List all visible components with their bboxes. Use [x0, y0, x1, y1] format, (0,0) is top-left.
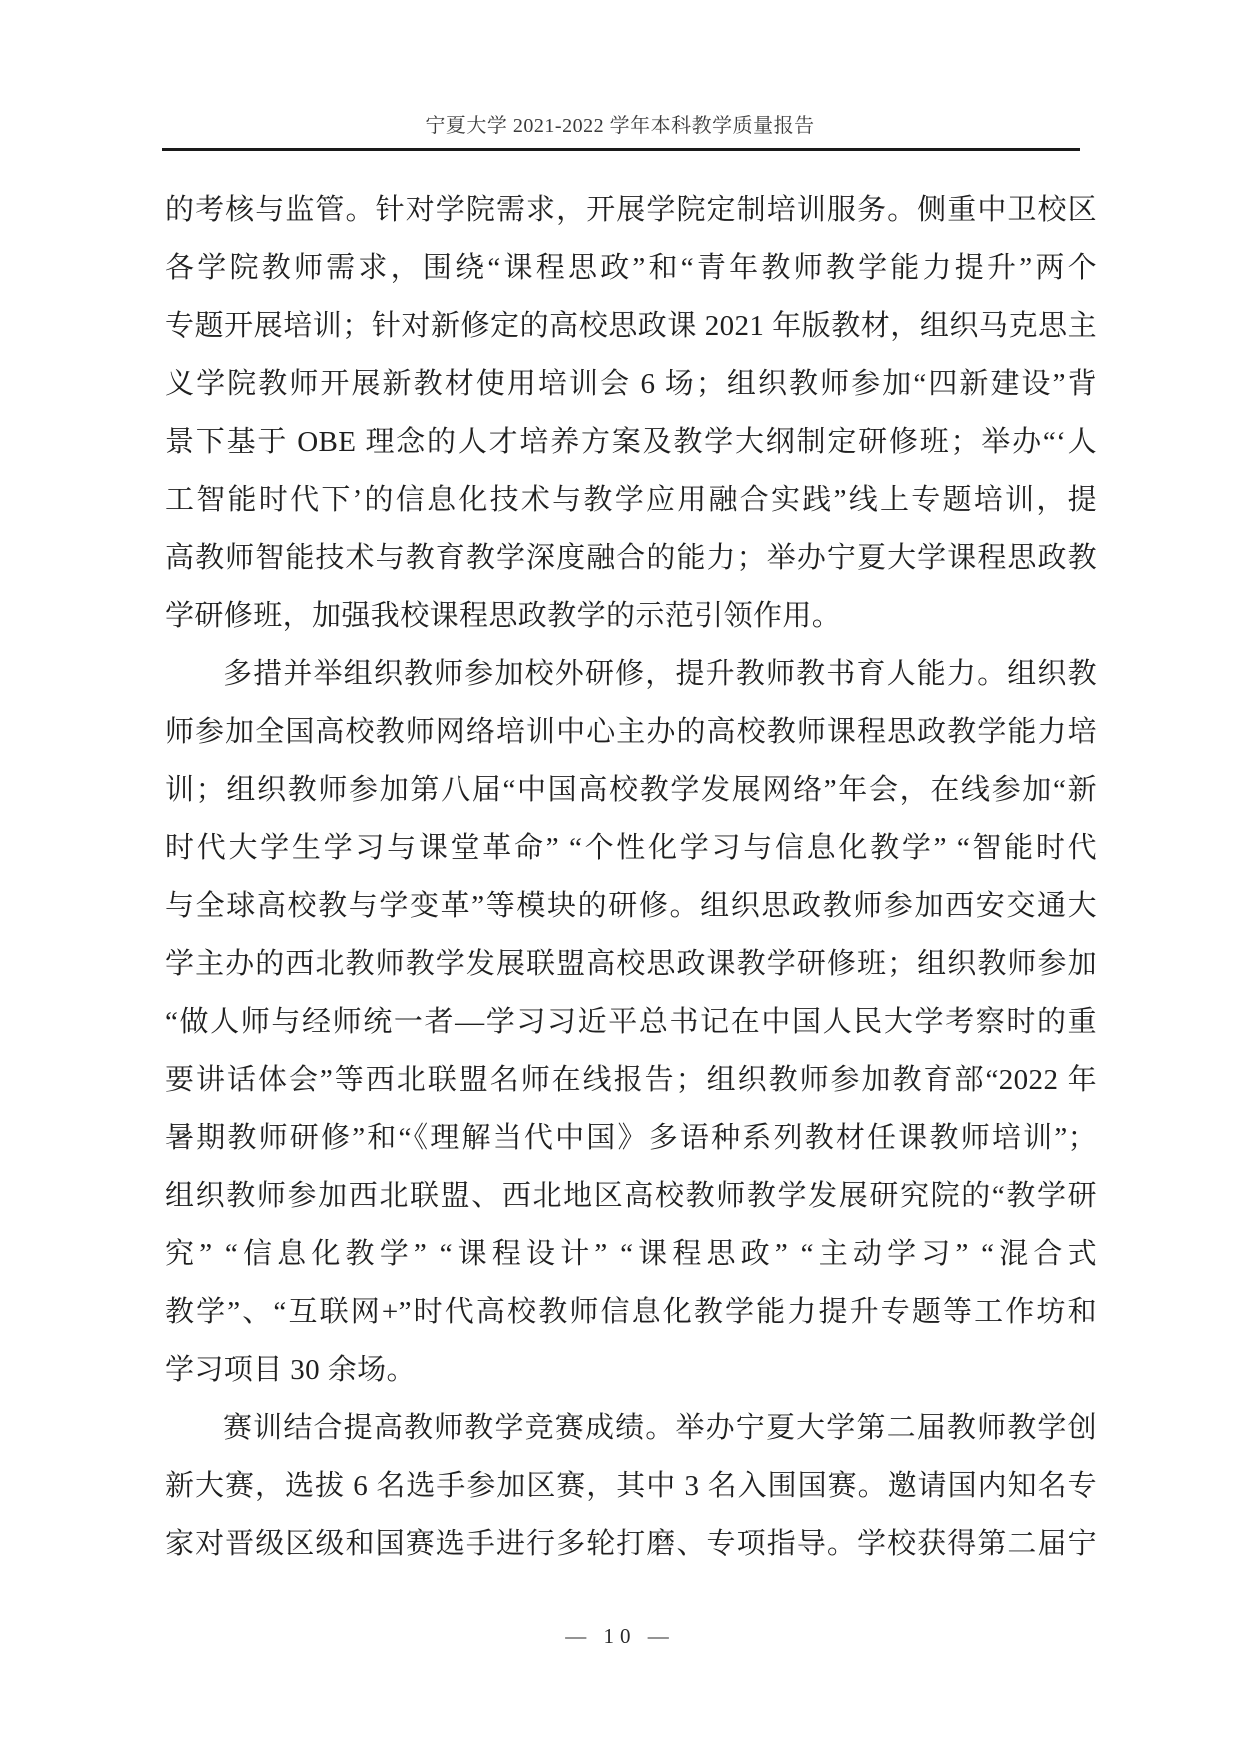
text-line: 的考核与监管。针对学院需求，开展学院定制培训服务。侧重中卫校区 — [165, 181, 1097, 239]
paragraph: 赛训结合提高教师教学竞赛成绩。举办宁夏大学第二届教师教学创新大赛，选拔 6 名选… — [165, 1399, 1097, 1573]
text-line: 学研修班，加强我校课程思政教学的示范引领作用。 — [165, 587, 1097, 645]
paragraph: 的考核与监管。针对学院需求，开展学院定制培训服务。侧重中卫校区各学院教师需求，围… — [165, 181, 1097, 645]
text-line: 师参加全国高校教师网络培训中心主办的高校教师课程思政教学能力培 — [165, 703, 1097, 761]
text-line: 新大赛，选拔 6 名选手参加区赛，其中 3 名入围国赛。邀请国内知名专 — [165, 1457, 1097, 1515]
text-line: 时代大学生学习与课堂革命” “个性化学习与信息化教学” “智能时代 — [165, 819, 1097, 877]
text-line: 学习项目 30 余场。 — [165, 1341, 1097, 1399]
text-line: 高教师智能技术与教育教学深度融合的能力；举办宁夏大学课程思政教 — [165, 529, 1097, 587]
text-line: 暑期教师研修”和“《理解当代中国》多语种系列教材任课教师培训”； — [165, 1109, 1097, 1167]
text-line: 学主办的西北教师教学发展联盟高校思政课教学研修班；组织教师参加 — [165, 935, 1097, 993]
text-line: 工智能时代下’的信息化技术与教学应用融合实践”线上专题培训，提 — [165, 471, 1097, 529]
text-line: 训；组织教师参加第八届“中国高校教学发展网络”年会，在线参加“新 — [165, 761, 1097, 819]
text-line: “做人师与经师统一者—学习习近平总书记在中国人民大学考察时的重 — [165, 993, 1097, 1051]
page-number: — 10 — — [565, 1624, 675, 1648]
document-page: 宁夏大学 2021-2022 学年本科教学质量报告 的考核与监管。针对学院需求，… — [0, 0, 1240, 1753]
header-title: 宁夏大学 2021-2022 学年本科教学质量报告 — [0, 112, 1240, 140]
paragraph: 多措并举组织教师参加校外研修，提升教师教书育人能力。组织教师参加全国高校教师网络… — [165, 645, 1097, 1399]
text-line: 教学”、“互联网+”时代高校教师信息化教学能力提升专题等工作坊和 — [165, 1283, 1097, 1341]
text-line: 与全球高校教与学变革”等模块的研修。组织思政教师参加西安交通大 — [165, 877, 1097, 935]
text-line: 专题开展培训；针对新修定的高校思政课 2021 年版教材，组织马克思主 — [165, 297, 1097, 355]
text-line: 赛训结合提高教师教学竞赛成绩。举办宁夏大学第二届教师教学创 — [165, 1399, 1097, 1457]
page-footer: — 10 — — [0, 1622, 1240, 1650]
text-line: 各学院教师需求，围绕“课程思政”和“青年教师教学能力提升”两个 — [165, 239, 1097, 297]
document-body: 的考核与监管。针对学院需求，开展学院定制培训服务。侧重中卫校区各学院教师需求，围… — [165, 181, 1097, 1573]
text-line: 要讲话体会”等西北联盟名师在线报告；组织教师参加教育部“2022 年 — [165, 1051, 1097, 1109]
text-line: 究” “信息化教学” “课程设计” “课程思政” “主动学习” “混合式 — [165, 1225, 1097, 1283]
header-rule — [162, 148, 1080, 151]
text-line: 组织教师参加西北联盟、西北地区高校教师教学发展研究院的“教学研 — [165, 1167, 1097, 1225]
text-line: 多措并举组织教师参加校外研修，提升教师教书育人能力。组织教 — [165, 645, 1097, 703]
text-line: 景下基于 OBE 理念的人才培养方案及教学大纲制定研修班；举办“‘人 — [165, 413, 1097, 471]
text-line: 义学院教师开展新教材使用培训会 6 场；组织教师参加“四新建设”背 — [165, 355, 1097, 413]
text-line: 家对晋级区级和国赛选手进行多轮打磨、专项指导。学校获得第二届宁 — [165, 1515, 1097, 1573]
